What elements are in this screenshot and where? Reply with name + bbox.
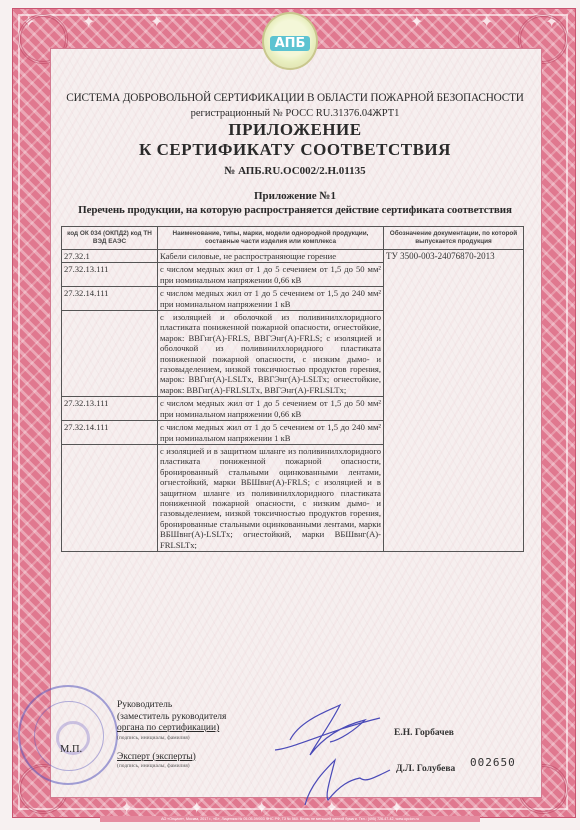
product-code: 27.32.13.111: [62, 263, 158, 287]
emblem-label: АПБ: [270, 36, 310, 51]
product-description: с числом медных жил от 1 до 5 сечением о…: [158, 421, 384, 445]
star-ornament-icon: ✦: [120, 798, 133, 817]
star-ornament-icon: ✦: [82, 12, 95, 31]
head-name: Е.Н. Горбачев: [394, 728, 454, 738]
product-code: 27.32.13.111: [62, 397, 158, 421]
star-ornament-icon: ✦: [255, 798, 268, 817]
expert-title: Эксперт (эксперты): [117, 752, 226, 764]
header-documentation: Обозначение документации, по которой вып…: [384, 227, 524, 250]
registration-number: регистрационный № РОСС RU.31376.04ЖРТ1: [50, 108, 540, 119]
seal-place-label: М.П.: [60, 744, 82, 755]
product-documentation: ТУ 3500-003-24076870-2013: [384, 250, 524, 552]
head-title-line1: Руководитель: [117, 700, 226, 712]
product-code: [62, 444, 158, 551]
header-code: код ОК 034 (ОКПД2) код ТН ВЭД ЕАЭС: [62, 227, 158, 250]
document-subtitle: К СЕРТИФИКАТУ СООТВЕТСТВИЯ: [50, 140, 540, 160]
signatories-block: Руководитель (заместитель руководителя о…: [117, 700, 226, 770]
document-title: ПРИЛОЖЕНИЕ: [50, 120, 540, 140]
head-title-line3: органа по сертификации): [117, 723, 226, 735]
certificate-sheet: ✦ ✦ ✦ ✦ ✦ ✦ ✦ ✦ ✦ ✦ ✦ АПБ СИСТЕМА ДОБРОВ…: [0, 0, 580, 830]
expert-signature-note: (подпись, инициалы, фамилия): [117, 763, 226, 770]
serial-number: 002650: [470, 756, 516, 769]
product-description: с изоляцией и в защитном шланге из полив…: [158, 444, 384, 551]
product-description: с числом медных жил от 1 до 5 сечением о…: [158, 287, 384, 311]
appendix-number: Приложение №1: [50, 190, 540, 202]
official-seal-stamp: [18, 685, 118, 785]
expert-name: Д.Л. Голубева: [396, 764, 455, 774]
product-code: 27.32.1: [62, 250, 158, 263]
head-title-line2: (заместитель руководителя: [117, 712, 226, 724]
certificate-number: № АПБ.RU.ОС002/2.Н.01135: [50, 165, 540, 177]
apb-emblem-icon: АПБ: [262, 12, 318, 70]
table-header-row: код ОК 034 (ОКПД2) код ТН ВЭД ЕАЭС Наиме…: [62, 227, 524, 250]
product-description: с изоляцией и оболочкой из поливинилхлор…: [158, 311, 384, 397]
product-code: [62, 311, 158, 397]
star-ornament-icon: ✦: [150, 12, 163, 31]
header-description: Наименование, типы, марки, модели одноро…: [158, 227, 384, 250]
products-table: код ОК 034 (ОКПД2) код ТН ВЭД ЕАЭС Наиме…: [61, 226, 524, 552]
product-description: Кабели силовые, не распространяющие горе…: [158, 250, 384, 263]
star-ornament-icon: ✦: [410, 12, 423, 31]
appendix-subtitle: Перечень продукции, на которую распростр…: [40, 204, 550, 216]
product-description: с числом медных жил от 1 до 5 сечением о…: [158, 263, 384, 287]
handwritten-signature-icon: [270, 700, 400, 810]
certification-system-name: СИСТЕМА ДОБРОВОЛЬНОЙ СЕРТИФИКАЦИИ В ОБЛА…: [50, 92, 540, 104]
product-code: 27.32.14.111: [62, 287, 158, 311]
star-ornament-icon: ✦: [480, 12, 493, 31]
star-ornament-icon: ✦: [190, 798, 203, 817]
table-row: 27.32.1Кабели силовые, не распространяющ…: [62, 250, 524, 263]
product-code: 27.32.14.111: [62, 421, 158, 445]
printer-imprint: АО «Опцион», Москва, 2017 г., «Б», Лицен…: [100, 816, 480, 822]
product-description: с числом медных жил от 1 до 5 сечением о…: [158, 397, 384, 421]
head-signature-note: (подпись, инициалы, фамилия): [117, 735, 226, 742]
